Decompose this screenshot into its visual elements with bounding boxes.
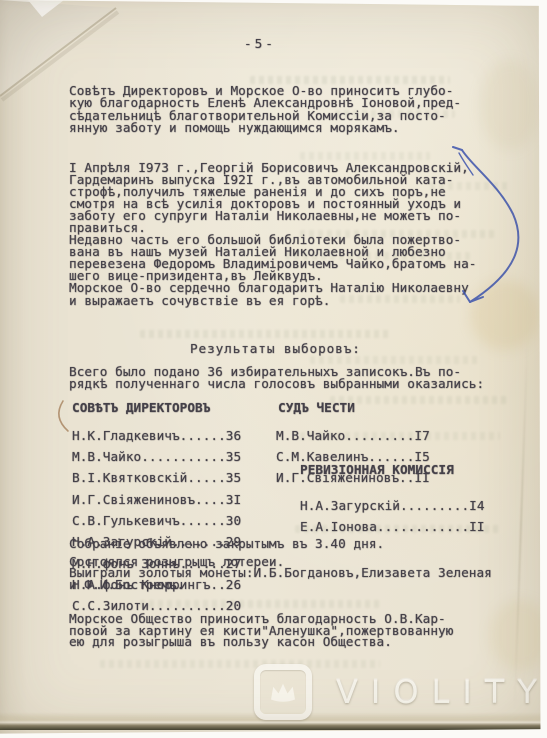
document-page: -5- Совѣтъ Директоровъ и Морское О-во пр… [0, 0, 547, 738]
paper-vignette [0, 0, 547, 738]
